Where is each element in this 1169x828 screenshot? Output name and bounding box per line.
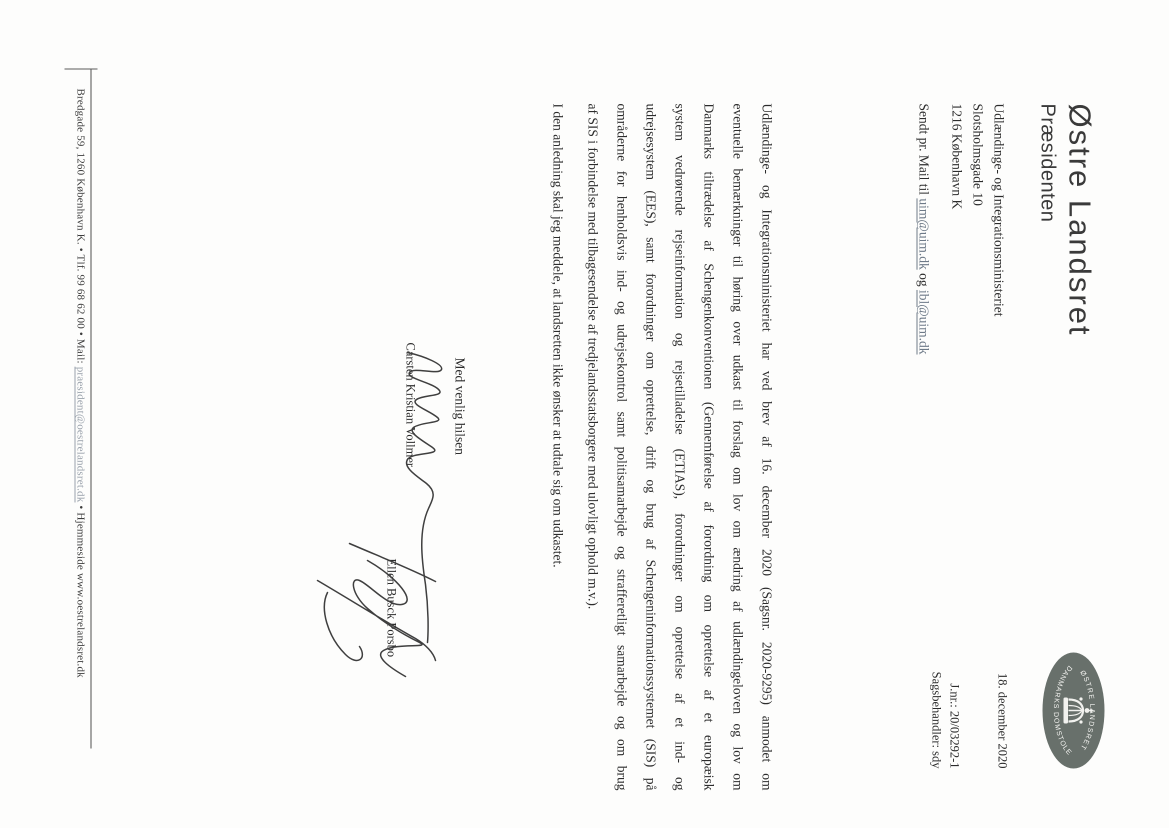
recipient-address: Udlændinge- og IntegrationsministerietSl… — [946, 103, 1009, 316]
court-seal: ØSTRE LANDSRET DANMARKS DOMSTOLE — [1041, 650, 1105, 770]
recipient-line: 1216 København K — [946, 103, 967, 316]
letter-date: 18. december 2020 — [994, 673, 1009, 768]
body-line: system vedrørende rejseinformation og re… — [665, 103, 694, 790]
signer-name-carsten: Carsten Kristian Vollmer — [402, 342, 417, 467]
footer-address: Bredgade 59, 1260 København K. • Tlf. 99… — [74, 88, 86, 366]
letterhead-title: Østre Landsret — [1061, 103, 1097, 336]
scanned-letter-canvas: Østre Landsret Præsidenten ØSTRE LANDSRE… — [0, 0, 1169, 828]
body-line: udrejsesystem (EES), samt forordninger o… — [636, 103, 665, 790]
body-line: Danmarks tiltrædelse af Schengenkonventi… — [694, 103, 723, 790]
sent-via-line: Sendt pr. Mail til uim@uim.dk og ibl@uim… — [915, 103, 931, 354]
email-link-uim[interactable]: uim@uim.dk — [916, 198, 931, 269]
signature-ellen-scrawl — [317, 543, 435, 676]
case-handler: Sagsbehandler: sdy — [928, 671, 943, 768]
recipient-line: Udlændinge- og Integrationsministeriet — [988, 103, 1009, 316]
journal-number: J.nr.: 20/03292-1 — [946, 683, 961, 768]
recipient-line: Slotsholmsgade 10 — [967, 103, 988, 316]
body-line: områderne for henholdsvis ind- og udrejs… — [607, 103, 636, 790]
letter-sheet: Østre Landsret Præsidenten ØSTRE LANDSRE… — [0, 0, 1169, 828]
closing-paragraph: I den anledning skal jeg meddele, at lan… — [549, 103, 565, 567]
footer-website: www.oestrelandsret.dk — [74, 572, 86, 677]
closing-salutation: Med venlig hilsen — [451, 357, 467, 455]
body-line: Udlændinge- og Integrationsministeriet h… — [752, 103, 781, 790]
signer-name-ellen: Ellen Busck Porsbo — [383, 558, 398, 657]
sent-via-prefix: Sendt pr. Mail til — [916, 103, 931, 198]
footer-separator: • Hjemmeside — [74, 502, 86, 573]
sent-via-connector: og — [916, 269, 931, 289]
letterhead-subtitle: Præsidenten — [1035, 103, 1058, 222]
footer-divider — [90, 68, 91, 748]
email-link-ibl[interactable]: ibl@uim.dk — [916, 289, 931, 354]
footer-contact-line: Bredgade 59, 1260 København K. • Tlf. 99… — [74, 88, 86, 677]
body-paragraph: Udlændinge- og Integrationsministeriet h… — [578, 103, 781, 790]
footer-divider-tick — [64, 68, 97, 69]
body-line: af SIS i forbindelse med tilbagesendelse… — [578, 103, 607, 790]
footer-email-link[interactable]: praesident@oestrelandsret.dk — [74, 366, 86, 502]
body-line: eventuelle bemærkninger til høring over … — [723, 103, 752, 790]
